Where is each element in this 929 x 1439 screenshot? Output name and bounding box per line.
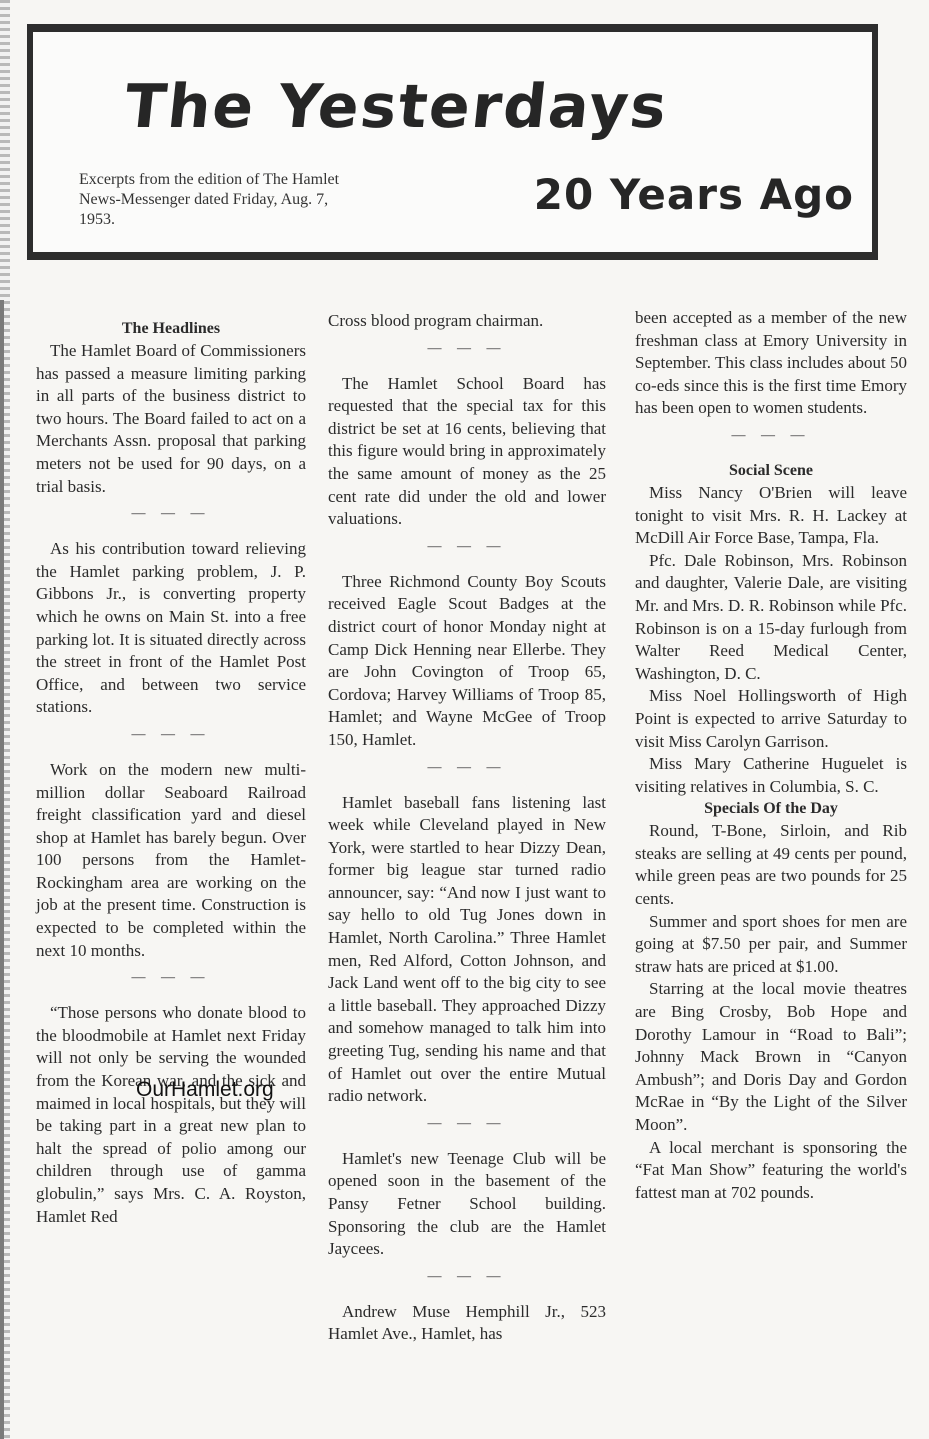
special-shoes-hats: Summer and sport shoes for men are going… xyxy=(635,911,907,979)
article-parking-limit: The Hamlet Board of Commissioners has pa… xyxy=(36,340,306,498)
special-movies: Starring at the local movie theatres are… xyxy=(635,978,907,1136)
article-teenage-club: Hamlet's new Teenage Club will be opened… xyxy=(328,1148,606,1261)
article-eagle-scouts: Three Richmond County Boy Scouts receive… xyxy=(328,571,606,752)
article-bloodmobile: “Those persons who donate blood to the b… xyxy=(36,1002,306,1228)
section-heading-specials: Specials Of the Day xyxy=(635,798,907,820)
article-school-tax: The Hamlet School Board has requested th… xyxy=(328,373,606,531)
article-bloodmobile-cont: Cross blood program chairman. xyxy=(328,310,606,333)
social-huguelet: Miss Mary Catherine Huguelet is visiting… xyxy=(635,753,907,798)
article-dizzy-dean: Hamlet baseball fans listening last week… xyxy=(328,792,606,1108)
social-hollingsworth: Miss Noel Hollingsworth of High Point is… xyxy=(635,685,907,753)
special-fat-man-show: A local merchant is sponsoring the “Fat … xyxy=(635,1137,907,1205)
special-steaks: Round, T-Bone, Sirloin, and Rib steaks a… xyxy=(635,820,907,910)
column-2: Cross blood program chairman. — — — The … xyxy=(328,310,606,1346)
separator: — — — xyxy=(328,1267,606,1287)
social-obrien: Miss Nancy O'Brien will leave tonight to… xyxy=(635,482,907,550)
separator: — — — xyxy=(328,339,606,359)
separator: — — — xyxy=(328,537,606,557)
separator: — — — xyxy=(328,1114,606,1134)
article-hemphill: Andrew Muse Hemphill Jr., 523 Hamlet Ave… xyxy=(328,1301,606,1346)
watermark: OurHamlet.org xyxy=(136,1078,274,1102)
page-margin-bar xyxy=(0,300,4,1439)
separator: — — — xyxy=(36,504,306,524)
section-heading-social: Social Scene xyxy=(635,460,907,482)
column-3: been accepted as a member of the new fre… xyxy=(635,307,907,1204)
separator: — — — xyxy=(635,426,907,446)
separator: — — — xyxy=(36,725,306,745)
article-free-parking-lot: As his contribution toward relieving the… xyxy=(36,538,306,719)
article-hemphill-cont: been accepted as a member of the new fre… xyxy=(635,307,907,420)
years-ago-label: 20 Years Ago xyxy=(534,170,854,219)
separator: — — — xyxy=(328,758,606,778)
social-robinson: Pfc. Dale Robinson, Mrs. Robinson and da… xyxy=(635,550,907,686)
edition-note: Excerpts from the edition of The Hamlet … xyxy=(79,170,349,230)
separator: — — — xyxy=(36,968,306,988)
page-title: The Yesterdays xyxy=(121,72,671,142)
article-seaboard-railroad: Work on the modern new multi-million dol… xyxy=(36,759,306,962)
section-heading-headlines: The Headlines xyxy=(36,318,306,340)
masthead-box: The Yesterdays Excerpts from the edition… xyxy=(27,24,878,260)
